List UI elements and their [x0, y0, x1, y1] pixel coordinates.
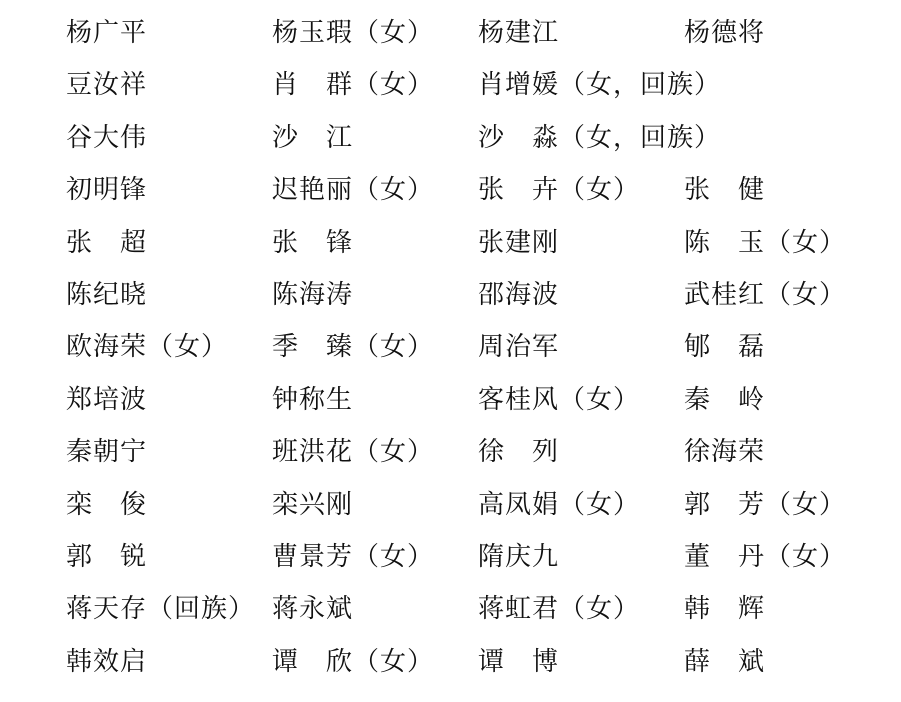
name-entry: 郭 锐 — [66, 537, 147, 577]
name-entry: 杨建江 — [478, 13, 559, 53]
name-entry: 张 超 — [66, 223, 147, 263]
name-entry: 欧海荣（女） — [66, 327, 228, 367]
name-row: 欧海荣（女） 季 臻（女） 周治军 郇 磊 — [66, 327, 901, 379]
name-entry: 沙 江 — [272, 118, 353, 158]
name-entry: 杨广平 — [66, 13, 147, 53]
name-entry: 徐 列 — [478, 432, 559, 472]
name-row: 秦朝宁 班洪花（女） 徐 列 徐海荣 — [66, 432, 901, 484]
name-entry: 豆汝祥 — [66, 65, 147, 105]
name-entry: 郇 磊 — [684, 327, 765, 367]
name-list: 杨广平 杨玉瑕（女） 杨建江 杨德将 豆汝祥 肖 群（女） 肖增媛（女，回族） … — [66, 13, 901, 694]
name-row: 郭 锐 曹景芳（女） 隋庆九 董 丹（女） — [66, 537, 901, 589]
name-entry: 谭 欣（女） — [272, 642, 434, 682]
name-entry: 张建刚 — [478, 223, 559, 263]
name-entry: 杨玉瑕（女） — [272, 13, 434, 53]
name-entry: 郭 芳（女） — [684, 485, 846, 525]
name-entry: 迟艳丽（女） — [272, 170, 434, 210]
name-row: 谷大伟 沙 江 沙 淼（女，回族） — [66, 118, 901, 170]
name-entry: 秦 岭 — [684, 380, 765, 420]
name-row: 郑培波 钟称生 客桂风（女） 秦 岭 — [66, 380, 901, 432]
name-entry: 陈海涛 — [272, 275, 353, 315]
name-entry: 初明锋 — [66, 170, 147, 210]
name-entry: 栾兴刚 — [272, 485, 353, 525]
name-entry: 栾 俊 — [66, 485, 147, 525]
name-entry: 蒋天存（回族） — [66, 589, 255, 629]
name-entry: 沙 淼（女，回族） — [478, 118, 721, 158]
name-entry: 郑培波 — [66, 380, 147, 420]
name-entry: 邵海波 — [478, 275, 559, 315]
name-entry: 季 臻（女） — [272, 327, 434, 367]
name-entry: 班洪花（女） — [272, 432, 434, 472]
name-entry: 秦朝宁 — [66, 432, 147, 472]
name-entry: 薛 斌 — [684, 642, 765, 682]
name-entry: 陈纪晓 — [66, 275, 147, 315]
name-entry: 张 卉（女） — [478, 170, 640, 210]
name-row: 陈纪晓 陈海涛 邵海波 武桂红（女） — [66, 275, 901, 327]
name-entry: 曹景芳（女） — [272, 537, 434, 577]
name-entry: 陈 玉（女） — [684, 223, 846, 263]
name-entry: 肖 群（女） — [272, 65, 434, 105]
name-entry: 高凤娟（女） — [478, 485, 640, 525]
name-row: 栾 俊 栾兴刚 高凤娟（女） 郭 芳（女） — [66, 485, 901, 537]
name-entry: 武桂红（女） — [684, 275, 846, 315]
name-entry: 韩 辉 — [684, 589, 765, 629]
name-entry: 钟称生 — [272, 380, 353, 420]
name-row: 杨广平 杨玉瑕（女） 杨建江 杨德将 — [66, 13, 901, 65]
name-entry: 肖增媛（女，回族） — [478, 65, 721, 105]
name-entry: 蒋永斌 — [272, 589, 353, 629]
name-entry: 杨德将 — [684, 13, 765, 53]
name-entry: 客桂风（女） — [478, 380, 640, 420]
name-entry: 隋庆九 — [478, 537, 559, 577]
name-row: 豆汝祥 肖 群（女） 肖增媛（女，回族） — [66, 65, 901, 117]
name-entry: 周治军 — [478, 327, 559, 367]
name-entry: 徐海荣 — [684, 432, 765, 472]
name-entry: 谷大伟 — [66, 118, 147, 158]
name-entry: 张 锋 — [272, 223, 353, 263]
name-entry: 谭 博 — [478, 642, 559, 682]
name-entry: 张 健 — [684, 170, 765, 210]
name-entry: 董 丹（女） — [684, 537, 846, 577]
name-entry: 韩效启 — [66, 642, 147, 682]
name-row: 韩效启 谭 欣（女） 谭 博 薛 斌 — [66, 642, 901, 694]
name-row: 蒋天存（回族） 蒋永斌 蒋虹君（女） 韩 辉 — [66, 589, 901, 641]
name-row: 张 超 张 锋 张建刚 陈 玉（女） — [66, 223, 901, 275]
name-entry: 蒋虹君（女） — [478, 589, 640, 629]
name-row: 初明锋 迟艳丽（女） 张 卉（女） 张 健 — [66, 170, 901, 222]
